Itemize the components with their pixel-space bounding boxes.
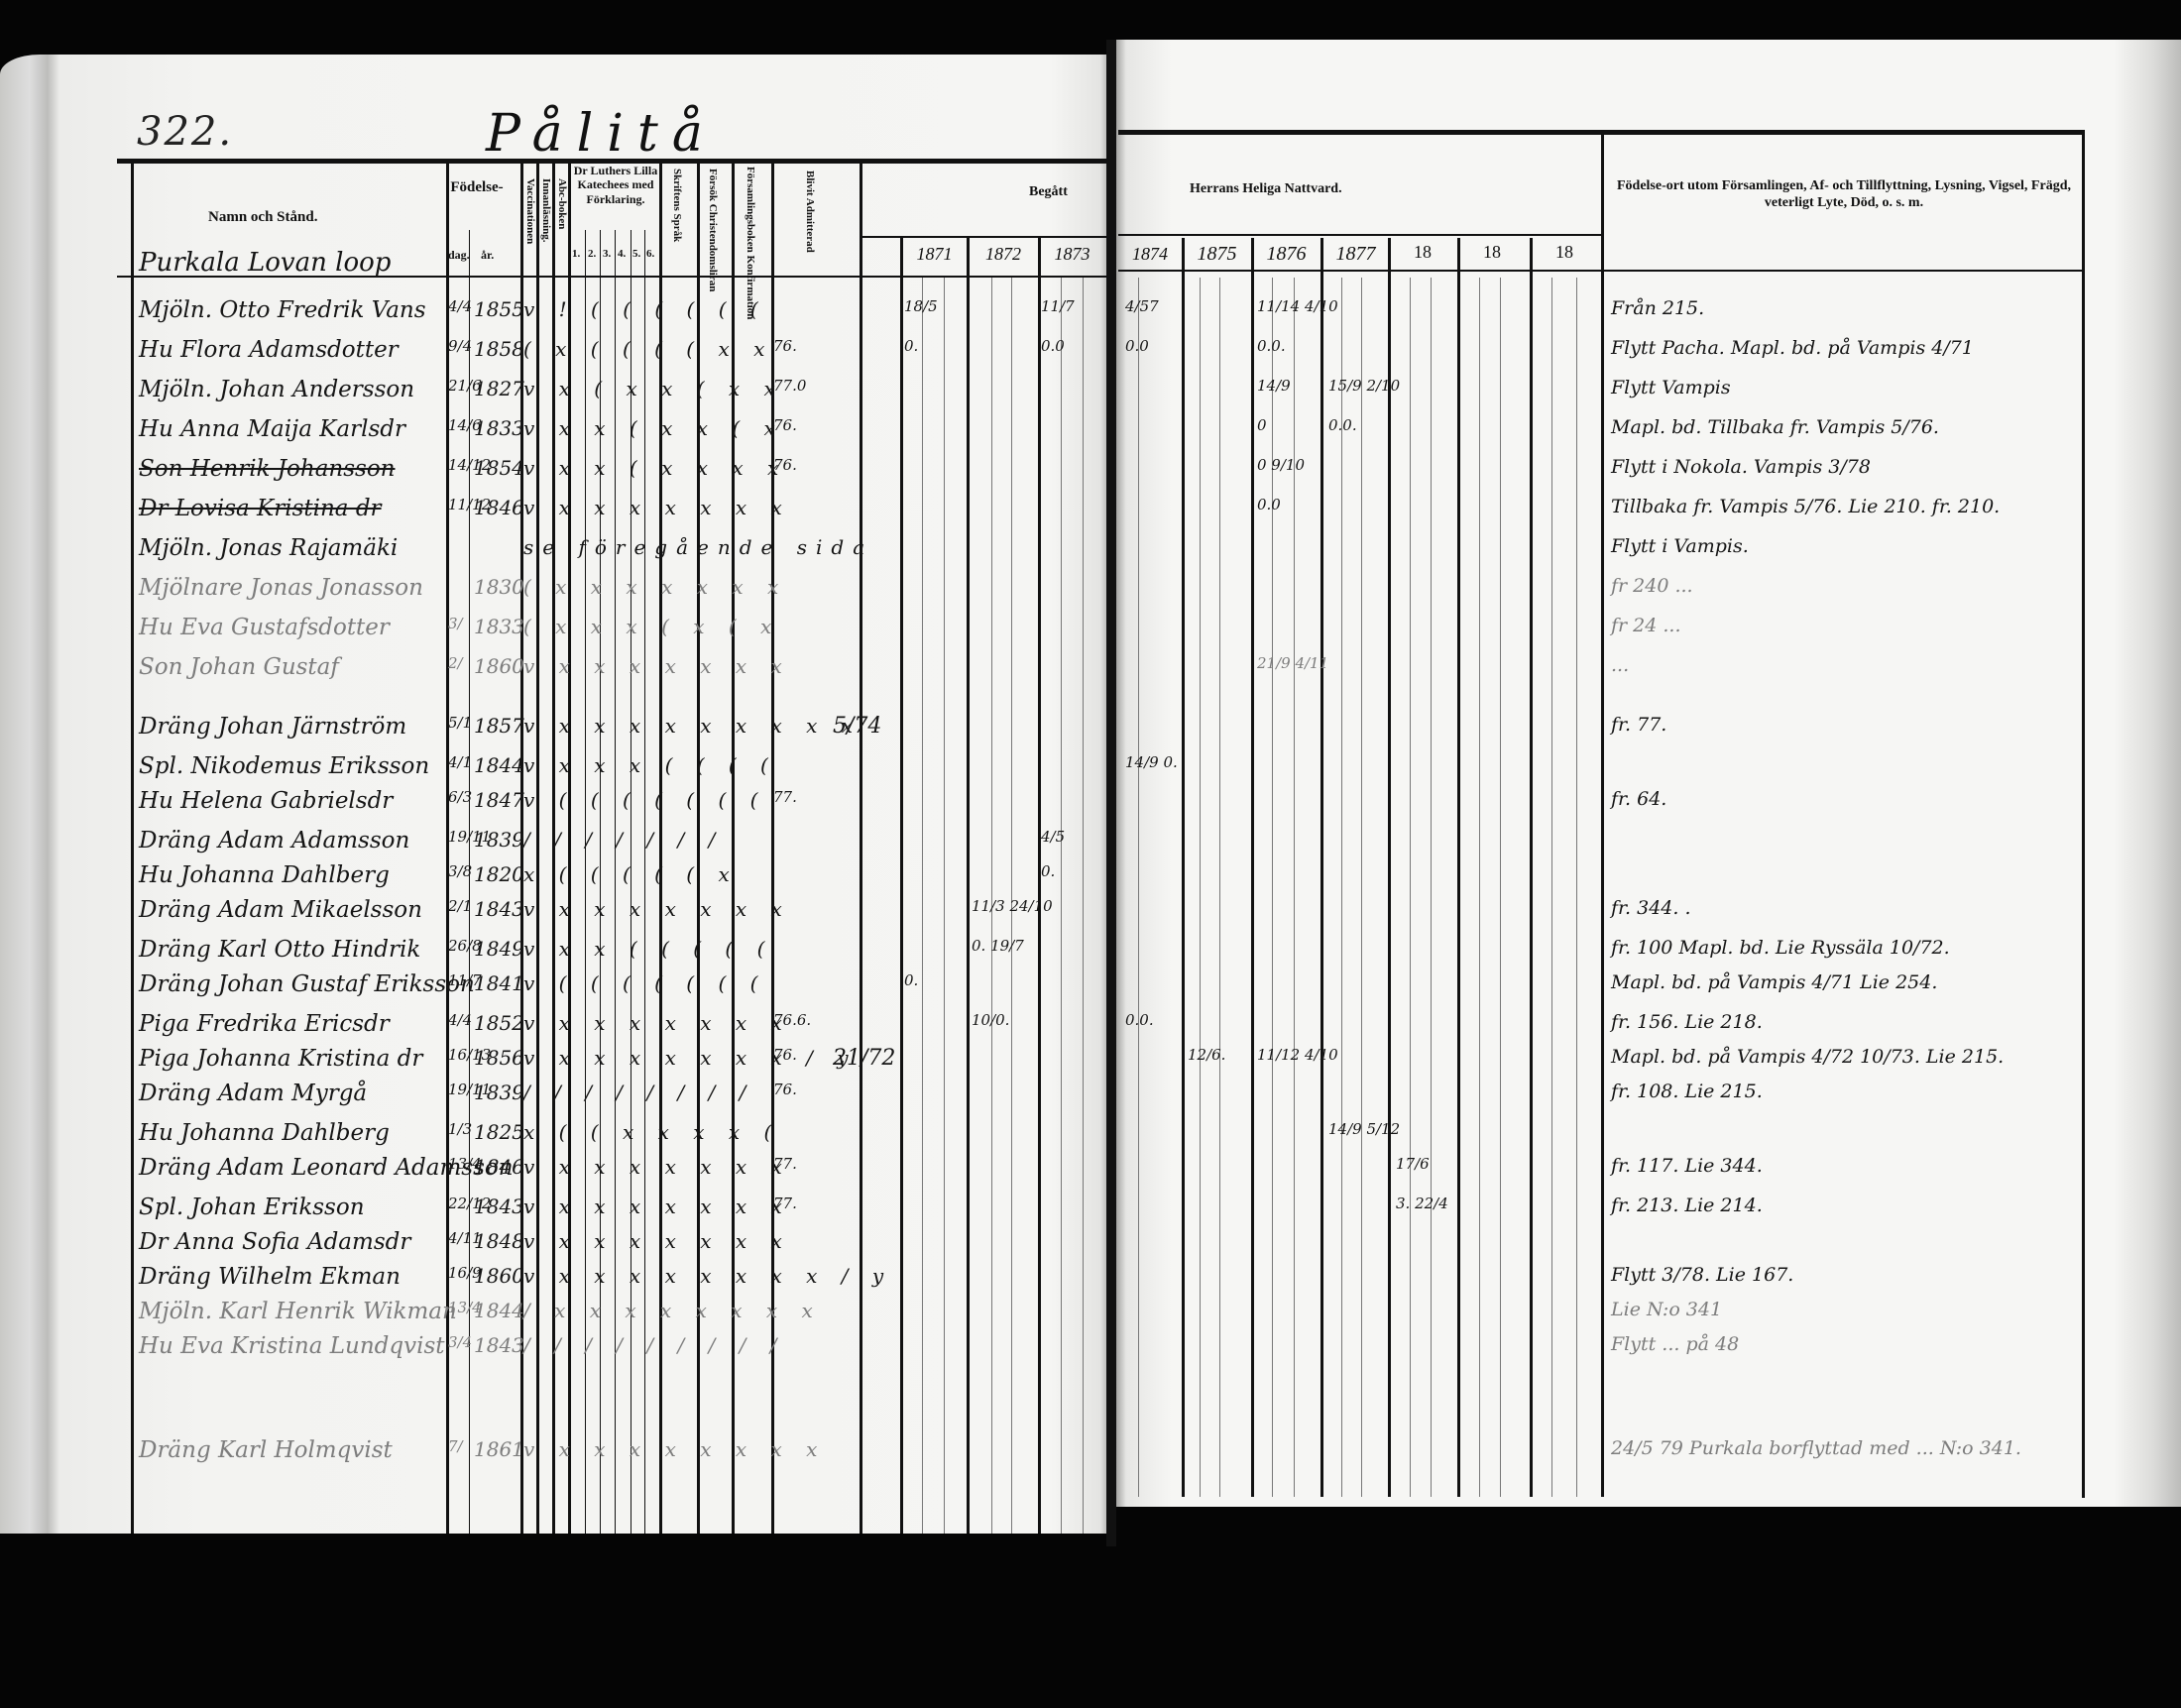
col-divider: [967, 238, 970, 1534]
entry-birth-year: 1843: [474, 1333, 524, 1357]
header-catechism-5: 5.: [632, 248, 640, 261]
entry-birth-year: 1847: [474, 788, 524, 812]
header-christianity: Försök Christendomsliran: [706, 169, 719, 291]
entry-birth-year: 1844: [474, 1299, 524, 1322]
entry-confirmation: 77.: [773, 1195, 797, 1212]
entry-communion-date: 11/12 4/10: [1257, 1046, 1338, 1064]
entry-note: Mapl. bd. på Vampis 4/72 10/73. Lie 215.: [1611, 1046, 2004, 1068]
entry-communion-date: 4/57: [1125, 297, 1159, 315]
header-catechism-3: 3.: [603, 248, 611, 261]
entry-communion-date: 0.: [1041, 862, 1055, 880]
entry-name: Son Henrik Johansson: [139, 456, 395, 482]
entry-catechism-marks: v x x x x x x x x x: [523, 714, 861, 738]
header-year-1875: 1875: [1185, 242, 1249, 266]
entry-birth-year: 1820: [474, 862, 524, 886]
entry-communion-date: 0.0: [1125, 337, 1149, 355]
entry-birth-year: 1833: [474, 615, 524, 638]
entry-communion-date: 0.0: [1257, 496, 1281, 513]
entry-communion-date: 0.0.: [1257, 337, 1286, 355]
header-year-1872: 1872: [969, 244, 1038, 266]
entry-note: Tillbaka fr. Vampis 5/76. Lie 210. fr. 2…: [1611, 496, 2000, 517]
header-year-1876: 1876: [1254, 242, 1319, 266]
entry-confirmation: 76.: [773, 416, 797, 434]
entry-catechism-marks: v ! ( ( ( ( ( (: [523, 297, 767, 321]
entry-birth-year: 1861: [474, 1437, 524, 1461]
entry-name: Mjölnare Jonas Jonasson: [139, 575, 423, 601]
col-divider: [2082, 130, 2085, 1498]
entry-communion-date: 12/6.: [1188, 1046, 1225, 1064]
entry-name: Dräng Johan Järnström: [139, 714, 406, 740]
entry-birth-year: 1848: [474, 1229, 524, 1253]
entry-note: 24/5 79 Purkala borflyttad med ... N:o 3…: [1611, 1437, 2021, 1459]
entry-birth-year: 1846: [474, 496, 524, 519]
entry-birth-year: 1833: [474, 416, 524, 440]
entry-catechism-marks: / / / / / / /: [523, 828, 724, 852]
entry-note: Flytt Pacha. Mapl. bd. på Vampis 4/71: [1611, 337, 1974, 359]
entry-birth-day: 6/3: [448, 788, 472, 806]
entry-birth-day: 4/4: [448, 1011, 472, 1029]
entry-catechism-marks: v ( ( ( ( ( ( (: [523, 971, 766, 995]
header-name: Namn och Stånd.: [208, 208, 317, 226]
entry-birth-day: 3/: [448, 615, 463, 632]
entry-communion-date: 11/3 24/10: [972, 897, 1053, 915]
header-birth-day: dag.: [448, 248, 470, 262]
col-divider: [1061, 278, 1062, 1534]
entry-confirmation: 76.: [773, 1081, 797, 1098]
entry-note: fr. 344. .: [1611, 897, 1691, 919]
col-divider: [1530, 238, 1533, 1497]
header-notes: Födelse-ort utom Församlingen, Af- och T…: [1611, 178, 2077, 212]
entry-communion-date: 11/14 4/10: [1257, 297, 1338, 315]
entry-birth-year: 1825: [474, 1120, 524, 1144]
entry-confirmation: 77.0: [773, 377, 806, 395]
entry-catechism-marks: v x x x x x x x: [523, 496, 791, 519]
entry-communion-date: 10/0.: [972, 1011, 1009, 1029]
entry-catechism-marks: v x ( x x ( x x: [523, 377, 784, 400]
entry-name: Hu Johanna Dahlberg: [139, 862, 390, 888]
header-admitted: Blivit Admitterad: [803, 171, 816, 253]
year-row-rule: [860, 236, 1106, 238]
col-divider: [732, 161, 735, 1534]
entry-note: Flytt Vampis: [1611, 377, 1731, 399]
entry-note: Flytt ... på 48: [1611, 1333, 1739, 1355]
entry-name: Spl. Nikodemus Eriksson: [139, 753, 429, 779]
col-divider: [1388, 238, 1391, 1497]
entry-note: Från 215.: [1611, 297, 1704, 319]
year-row-rule: [1118, 234, 1601, 236]
entry-catechism-marks: v x x ( x x x x: [523, 456, 787, 480]
col-divider: [1431, 278, 1432, 1497]
entry-note: fr 240 ...: [1611, 575, 1693, 597]
entry-catechism-marks: se föregående sida: [523, 535, 873, 559]
entry-birth-day: 2/: [448, 654, 463, 672]
entry-communion-date: 15/9 2/10: [1328, 377, 1400, 395]
entry-catechism-marks: v x x x x x x x: [523, 1155, 791, 1179]
header-communion: Herrans Heliga Nattvard.: [1190, 181, 1342, 198]
col-divider: [1251, 238, 1254, 1497]
entry-confirmation: 76.: [773, 337, 797, 355]
col-divider: [922, 278, 923, 1534]
entry-birth-year: 1841: [474, 971, 524, 995]
col-divider: [1219, 278, 1220, 1497]
col-divider: [1138, 278, 1139, 1497]
header-abc-book: Abc-boken: [555, 178, 568, 229]
entry-birth-year: 1857: [474, 714, 524, 738]
entry-communion-date: 21/9 4/11: [1257, 654, 1328, 672]
entry-communion-date: 0.0: [1041, 337, 1065, 355]
entry-catechism-marks: x ( ( ( ( ( x: [523, 862, 739, 886]
entry-communion-date: 0.: [904, 337, 918, 355]
entry-birth-day: 1/3: [448, 1120, 472, 1138]
entry-note: Flytt i Vampis.: [1611, 535, 1749, 557]
entry-note: fr. 64.: [1611, 788, 1666, 810]
entry-name: Piga Johanna Kristina dr: [139, 1046, 422, 1072]
col-divider: [1576, 278, 1577, 1497]
entry-name: Spl. Johan Eriksson: [139, 1195, 365, 1220]
entry-birth-year: 1846: [474, 1155, 524, 1179]
col-divider: [1551, 278, 1552, 1497]
col-divider: [1479, 278, 1480, 1497]
header-birth-year: år.: [481, 248, 494, 262]
entry-note: ...: [1611, 654, 1629, 676]
entry-name: Dräng Karl Otto Hindrik: [139, 937, 420, 963]
entry-communion-date: 0. 19/7: [972, 937, 1024, 955]
header-year-1877: 1877: [1323, 242, 1388, 266]
col-divider: [1457, 238, 1460, 1497]
col-divider: [446, 161, 449, 1534]
header-begatt: Begått: [1029, 184, 1068, 201]
entry-name: Dräng Karl Holmqvist: [139, 1437, 393, 1463]
entry-note: fr. 100 Mapl. bd. Lie Ryssäla 10/72.: [1611, 937, 1950, 959]
col-divider: [1601, 135, 1604, 1497]
entry-birth-year: 1849: [474, 937, 524, 961]
entry-birth-day: 4/4: [448, 297, 472, 315]
entry-name: Mjöln. Karl Henrik Wikman: [139, 1299, 457, 1324]
entry-birth-year: 1843: [474, 1195, 524, 1218]
header-year-blank: 18: [1393, 242, 1452, 264]
entry-catechism-marks: ( x ( ( ( ( x x: [523, 337, 773, 361]
entry-birth-day: 9/4: [448, 337, 472, 355]
entry-communion-date: 0.: [904, 971, 918, 989]
entry-communion-date: 14/9 5/12: [1328, 1120, 1400, 1138]
entry-name: Dr Anna Sofia Adamsdr: [139, 1229, 410, 1255]
entry-name: Dräng Wilhelm Ekman: [139, 1264, 401, 1290]
entry-name: Mjöln. Jonas Rajamäki: [139, 535, 398, 561]
entry-birth-year: 1854: [474, 456, 524, 480]
entry-communion-date: 0.0.: [1328, 416, 1357, 434]
entry-confirmation: 76.: [773, 1046, 797, 1064]
entry-admitted: 5/74: [833, 714, 881, 739]
entry-confirmation: 77.: [773, 1155, 797, 1173]
entry-note: fr. 213. Lie 214.: [1611, 1195, 1763, 1216]
entry-birth-year: 1844: [474, 753, 524, 777]
entry-note: Flytt 3/78. Lie 167.: [1611, 1264, 1793, 1286]
entry-catechism-marks: x ( ( x x x x (: [523, 1120, 780, 1144]
entry-communion-date: 18/5: [904, 297, 938, 315]
entry-communion-date: 17/6: [1396, 1155, 1430, 1173]
col-divider: [771, 161, 774, 1534]
header-scripture: Skriftens Språk: [670, 169, 683, 242]
entry-communion-date: 14/9: [1257, 377, 1291, 395]
entry-birth-year: 1860: [474, 1264, 524, 1288]
col-divider: [1320, 238, 1323, 1497]
entry-birth-year: 1858: [474, 337, 524, 361]
entry-birth-year: 1827: [474, 377, 524, 400]
col-divider: [1038, 238, 1041, 1534]
col-divider: [131, 161, 134, 1534]
entry-note: fr. 108. Lie 215.: [1611, 1081, 1763, 1102]
entry-catechism-marks: / / / / / / / / /: [523, 1333, 786, 1357]
entry-confirmation: 77.: [773, 788, 797, 806]
entry-catechism-marks: ( x x x x x x x: [523, 575, 787, 599]
entry-catechism-marks: v x x ( x x ( x: [523, 416, 784, 440]
entry-catechism-marks: v x x x ( ( ( (: [523, 753, 777, 777]
entry-communion-date: 14/9 0.: [1125, 753, 1178, 771]
header-year-1871: 1871: [902, 244, 967, 266]
entry-name: Hu Eva Kristina Lundqvist: [139, 1333, 445, 1359]
entry-name: Mjöln. Johan Andersson: [139, 377, 414, 402]
entry-communion-date: 0: [1257, 416, 1267, 434]
col-divider: [1182, 238, 1185, 1497]
entry-birth-year: 1839: [474, 1081, 524, 1104]
household-heading: Purkala Lovan loop: [139, 248, 391, 278]
entry-name: Hu Eva Gustafsdotter: [139, 615, 390, 640]
entry-birth-year: 1852: [474, 1011, 524, 1035]
entry-communion-date: 3. 22/4: [1396, 1195, 1448, 1212]
entry-name: Hu Helena Gabrielsdr: [139, 788, 393, 814]
entry-birth-year: 1839: [474, 828, 524, 852]
col-divider: [900, 238, 903, 1534]
entry-catechism-marks: v x x x x x x x x: [523, 1437, 826, 1461]
header-vaccination: Vaccinationen: [523, 178, 536, 244]
entry-birth-year: 1843: [474, 897, 524, 921]
entry-catechism-marks: ( x x x ( x ( x: [523, 615, 780, 638]
entry-birth-day: 4/1: [448, 753, 472, 771]
entry-catechism-marks: v x x ( ( ( ( (: [523, 937, 773, 961]
entry-note: fr. 117. Lie 344.: [1611, 1155, 1763, 1177]
entry-confirmation: 76.6.: [773, 1011, 811, 1029]
col-divider: [944, 278, 945, 1534]
header-year-blank: 18: [1535, 242, 1594, 264]
entry-catechism-marks: v x x x x x x x x / y: [523, 1264, 892, 1288]
entry-name: Dräng Johan Gustaf Eriksson: [139, 971, 475, 997]
entry-name: Dräng Adam Myrgå: [139, 1081, 367, 1106]
entry-name: Dräng Adam Adamsson: [139, 828, 409, 854]
header-catechism-4: 4.: [618, 248, 626, 261]
entry-communion-date: 11/7: [1041, 297, 1075, 315]
entry-note: Mapl. bd. Tillbaka fr. Vampis 5/76.: [1611, 416, 1939, 438]
entry-communion-date: 0.0.: [1125, 1011, 1154, 1029]
entry-name: Dräng Adam Mikaelsson: [139, 897, 422, 923]
header-year-1873: 1873: [1040, 244, 1104, 266]
header-catechism: Dr Luthers Lilla Katechees med Förklarin…: [572, 164, 659, 206]
book-spine: [1106, 40, 1116, 1546]
entry-birth-day: 3/8: [448, 862, 472, 880]
col-divider: [1410, 278, 1411, 1497]
entry-name: Dr Lovisa Kristina dr: [139, 496, 382, 521]
entry-name: Piga Fredrika Ericsdr: [139, 1011, 390, 1037]
col-divider: [1083, 278, 1084, 1534]
entry-note: Mapl. bd. på Vampis 4/71 Lie 254.: [1611, 971, 1937, 993]
entry-catechism-marks: v x x x x x x x / y: [523, 1046, 858, 1070]
entry-catechism-marks: v x x x x x x x: [523, 897, 791, 921]
col-divider: [1500, 278, 1501, 1497]
col-divider: [1361, 278, 1362, 1497]
entry-note: Flytt i Nokola. Vampis 3/78: [1611, 456, 1871, 478]
entry-note: fr 24 ...: [1611, 615, 1681, 636]
entry-confirmation: 76.: [773, 456, 797, 474]
entry-birth-day: 5/1: [448, 714, 472, 732]
entry-catechism-marks: v x x x x x x x: [523, 1011, 791, 1035]
entry-catechism-marks: v x x x x x x x: [523, 1195, 791, 1218]
entry-catechism-marks: v ( ( ( ( ( ( (: [523, 788, 766, 812]
entry-birth-year: 1855: [474, 297, 524, 321]
header-year-blank: 18: [1462, 242, 1522, 264]
entry-communion-date: 4/5: [1041, 828, 1065, 846]
entry-name: Hu Anna Maija Karlsdr: [139, 416, 405, 442]
entry-note: fr. 156. Lie 218.: [1611, 1011, 1763, 1033]
entry-name: Mjöln. Otto Fredrik Vans: [139, 297, 426, 323]
entry-birth-day: 7/: [448, 1437, 463, 1455]
entry-birth-day: 3/4: [448, 1333, 472, 1351]
header-year-1874: 1874: [1120, 244, 1180, 266]
entry-name: Hu Johanna Dahlberg: [139, 1120, 390, 1146]
entry-communion-date: 0 9/10: [1257, 456, 1305, 474]
entry-note: fr. 77.: [1611, 714, 1666, 736]
entry-birth-year: 1856: [474, 1046, 524, 1070]
header-reading: Innanläsning.: [539, 178, 552, 243]
entry-birth-year: 1830: [474, 575, 524, 599]
entry-note: Lie N:o 341: [1611, 1299, 1722, 1320]
header-catechism-1: 1.: [572, 248, 580, 261]
col-divider: [1341, 278, 1342, 1497]
col-divider: [1200, 278, 1201, 1497]
entry-catechism-marks: / / / / / / / /: [523, 1081, 754, 1104]
entry-catechism-marks: / x x x x x x x x: [523, 1299, 822, 1322]
entry-birth-day: 2/1: [448, 897, 472, 915]
page-number: 322.: [137, 109, 233, 155]
entry-catechism-marks: v x x x x x x x: [523, 654, 791, 678]
header-birth: Födelse-: [442, 178, 512, 196]
entry-birth-year: 1860: [474, 654, 524, 678]
col-divider: [860, 161, 862, 1534]
village-name: Pålitå: [486, 104, 717, 164]
entry-name: Son Johan Gustaf: [139, 654, 339, 680]
header-catechism-2: 2.: [588, 248, 596, 261]
entry-catechism-marks: v x x x x x x x: [523, 1229, 791, 1253]
entry-admitted: 21/72: [833, 1046, 895, 1071]
header-catechism-6: 6.: [646, 248, 654, 261]
entry-name: Hu Flora Adamsdotter: [139, 337, 399, 363]
